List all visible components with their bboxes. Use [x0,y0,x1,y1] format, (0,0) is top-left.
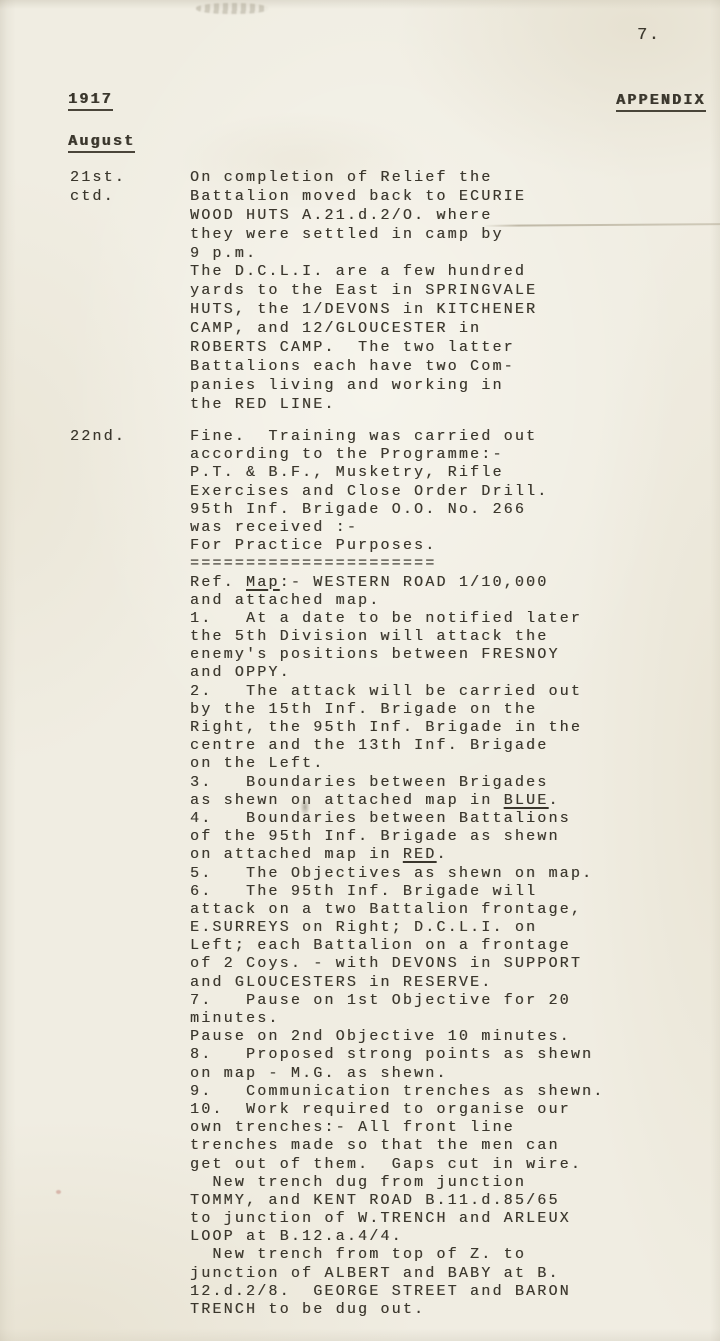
text-line: get out of them. Gaps cut in wire. [190,1156,604,1174]
text-line: Ref. Map:- WESTERN ROAD 1/10,000 [190,574,604,592]
year-heading: 1917 [68,91,113,111]
text-segment: ====================== [190,555,436,572]
text-segment: get out of them. Gaps cut in wire. [190,1156,582,1173]
text-segment: 5. The Objectives as shewn on map. [190,865,593,882]
text-line: 1. At a date to be notified later [190,610,604,628]
text-segment: LOOP at B.12.a.4/4. [190,1228,403,1245]
text-segment: to junction of W.TRENCH and ARLEUX [190,1210,571,1227]
text-line: the RED LINE. [190,396,537,415]
text-segment: 2. The attack will be carried out [190,683,582,700]
text-line: according to the Programme:- [190,446,604,464]
text-segment: HUTS, the 1/DEVONS in KITCHENER [190,301,537,318]
text-segment: was received :- [190,519,358,536]
text-segment: Ref. [190,574,246,591]
text-line: to junction of W.TRENCH and ARLEUX [190,1210,604,1228]
entry-date-line: 22nd. [70,428,126,446]
text-line: and GLOUCESTERS in RESERVE. [190,974,604,992]
text-line: 3. Boundaries between Brigades [190,774,604,792]
page-number: 7. [637,26,660,45]
entry-date-line: 21st. [70,169,126,188]
underlined-text: BLUE [504,792,549,809]
month-heading: August [68,133,135,153]
text-segment: on attached map in [190,846,403,863]
text-segment: 8. Proposed strong points as shewn [190,1046,593,1063]
text-line: panies living and working in [190,377,537,396]
text-line: WOOD HUTS A.21.d.2/O. where [190,207,537,226]
text-segment: 12.d.2/8. GEORGE STREET and BARON [190,1283,571,1300]
text-segment: minutes. [190,1010,280,1027]
text-segment: attack on a two Battalion frontage, [190,901,582,918]
text-segment: on map - M.G. as shewn. [190,1065,448,1082]
text-segment: of 2 Coys. - with DEVONS in SUPPORT [190,955,582,972]
entry-date-column: 22nd. [70,428,126,446]
text-line: Pause on 2nd Objective 10 minutes. [190,1028,604,1046]
text-segment: On completion of Relief the [190,169,492,186]
text-line: and attached map. [190,592,604,610]
text-segment: the 5th Division will attack the [190,628,548,645]
text-segment: 95th Inf. Brigade O.O. No. 266 [190,501,526,518]
text-segment: . [436,846,447,863]
text-segment: 1. At a date to be notified later [190,610,582,627]
text-line: on the Left. [190,755,604,773]
text-segment: TRENCH to be dug out. [190,1301,425,1318]
text-segment: as shewn on attached map in [190,792,504,809]
underlined-text: RED [403,846,437,863]
text-line: TOMMY, and KENT ROAD B.11.d.85/65 [190,1192,604,1210]
entry-date-column: 21st.ctd. [70,169,126,207]
text-line: ====================== [190,555,604,573]
text-segment: . [548,792,559,809]
text-line: 6. The 95th Inf. Brigade will [190,883,604,901]
text-line: Right, the 95th Inf. Brigade in the [190,719,604,737]
text-line: attack on a two Battalion frontage, [190,901,604,919]
text-segment: P.T. & B.F., Musketry, Rifle [190,464,504,481]
text-segment: CAMP, and 12/GLOUCESTER in [190,320,481,337]
text-segment: :- WESTERN ROAD 1/10,000 [280,574,549,591]
text-line: New trench from top of Z. to [190,1246,604,1264]
text-line: on attached map in RED. [190,846,604,864]
text-segment: Battalion moved back to ECURIE [190,188,526,205]
text-line: yards to the East in SPRINGVALE [190,282,537,301]
appendix-heading: APPENDIX [616,92,706,112]
text-segment: on the Left. [190,755,324,772]
text-segment: Fine. Training was carried out [190,428,537,445]
text-line: of the 95th Inf. Brigade as shewn [190,828,604,846]
text-line: The D.C.L.I. are a few hundred [190,263,537,282]
text-line: 5. The Objectives as shewn on map. [190,865,604,883]
text-line: 95th Inf. Brigade O.O. No. 266 [190,501,604,519]
text-segment: and attached map. [190,592,380,609]
text-line: 10. Work required to organise our [190,1101,604,1119]
text-segment: New trench dug from junction [190,1174,526,1191]
paper-speck [56,1190,61,1194]
text-line: trenches made so that the men can [190,1137,604,1155]
text-segment: 4. Boundaries between Battalions [190,810,571,827]
text-line: was received :- [190,519,604,537]
text-segment: Left; each Battalion on a frontage [190,937,571,954]
text-segment: panies living and working in [190,377,504,394]
entry-body-column: On completion of Relief theBattalion mov… [190,169,537,415]
text-line: 2. The attack will be carried out [190,683,604,701]
text-line: 7. Pause on 1st Objective for 20 [190,992,604,1010]
text-line: LOOP at B.12.a.4/4. [190,1228,604,1246]
text-segment: of the 95th Inf. Brigade as shewn [190,828,560,845]
text-segment: according to the Programme:- [190,446,504,463]
text-segment: TOMMY, and KENT ROAD B.11.d.85/65 [190,1192,560,1209]
text-line: 9 p.m. [190,245,537,264]
text-segment: For Practice Purposes. [190,537,436,554]
text-segment: 9 p.m. [190,245,257,262]
text-segment: 10. Work required to organise our [190,1101,571,1118]
text-segment: they were settled in camp by [190,226,504,243]
text-line: 8. Proposed strong points as shewn [190,1046,604,1064]
entry-body-column: Fine. Training was carried outaccording … [190,428,604,1319]
document-page: 7. 1917 APPENDIX August 21st.ctd. On com… [0,0,720,1341]
text-segment: WOOD HUTS A.21.d.2/O. where [190,207,492,224]
text-line: CAMP, and 12/GLOUCESTER in [190,320,537,339]
underlined-text: Map [246,574,280,591]
text-line: minutes. [190,1010,604,1028]
text-segment: Pause on 2nd Objective 10 minutes. [190,1028,571,1045]
text-line: they were settled in camp by [190,226,537,245]
text-segment: ROBERTS CAMP. The two latter [190,339,515,356]
text-line: Exercises and Close Order Drill. [190,483,604,501]
text-line: TRENCH to be dug out. [190,1301,604,1319]
text-line: on map - M.G. as shewn. [190,1065,604,1083]
text-line: ROBERTS CAMP. The two latter [190,339,537,358]
text-line: Battalion moved back to ECURIE [190,188,537,207]
text-line: and OPPY. [190,664,604,682]
text-segment: the RED LINE. [190,396,336,413]
text-line: E.SURREYS on Right; D.C.L.I. on [190,919,604,937]
text-line: 9. Communication trenches as shewn. [190,1083,604,1101]
text-line: enemy's positions between FRESNOY [190,646,604,664]
text-line: own trenches:- All front line [190,1119,604,1137]
text-line: Fine. Training was carried out [190,428,604,446]
text-line: junction of ALBERT and BABY at B. [190,1265,604,1283]
text-line: HUTS, the 1/DEVONS in KITCHENER [190,301,537,320]
pencil-smudge [196,3,268,14]
text-segment: E.SURREYS on Right; D.C.L.I. on [190,919,537,936]
text-line: New trench dug from junction [190,1174,604,1192]
text-segment: 7. Pause on 1st Objective for 20 [190,992,571,1009]
text-line: Battalions each have two Com- [190,358,537,377]
text-line: by the 15th Inf. Brigade on the [190,701,604,719]
text-line: of 2 Coys. - with DEVONS in SUPPORT [190,955,604,973]
text-segment: 3. Boundaries between Brigades [190,774,548,791]
text-segment: Right, the 95th Inf. Brigade in the [190,719,582,736]
text-segment: junction of ALBERT and BABY at B. [190,1265,560,1282]
text-line: the 5th Division will attack the [190,628,604,646]
text-segment: trenches made so that the men can [190,1137,560,1154]
text-segment: and GLOUCESTERS in RESERVE. [190,974,492,991]
text-segment: yards to the East in SPRINGVALE [190,282,537,299]
text-segment: enemy's positions between FRESNOY [190,646,560,663]
text-line: centre and the 13th Inf. Brigade [190,737,604,755]
text-segment: 9. Communication trenches as shewn. [190,1083,604,1100]
entry-date-line: ctd. [70,188,126,207]
text-segment: centre and the 13th Inf. Brigade [190,737,548,754]
text-line: P.T. & B.F., Musketry, Rifle [190,464,604,482]
text-segment: 6. The 95th Inf. Brigade will [190,883,537,900]
text-line: as shewn on attached map in BLUE. [190,792,604,810]
text-segment: New trench from top of Z. to [190,1246,526,1263]
text-line: Left; each Battalion on a frontage [190,937,604,955]
text-segment: Exercises and Close Order Drill. [190,483,548,500]
text-segment: Battalions each have two Com- [190,358,515,375]
text-line: On completion of Relief the [190,169,537,188]
text-line: 4. Boundaries between Battalions [190,810,604,828]
text-line: 12.d.2/8. GEORGE STREET and BARON [190,1283,604,1301]
text-segment: The D.C.L.I. are a few hundred [190,263,526,280]
text-line: For Practice Purposes. [190,537,604,555]
text-segment: by the 15th Inf. Brigade on the [190,701,537,718]
text-segment: and OPPY. [190,664,291,681]
text-segment: own trenches:- All front line [190,1119,515,1136]
